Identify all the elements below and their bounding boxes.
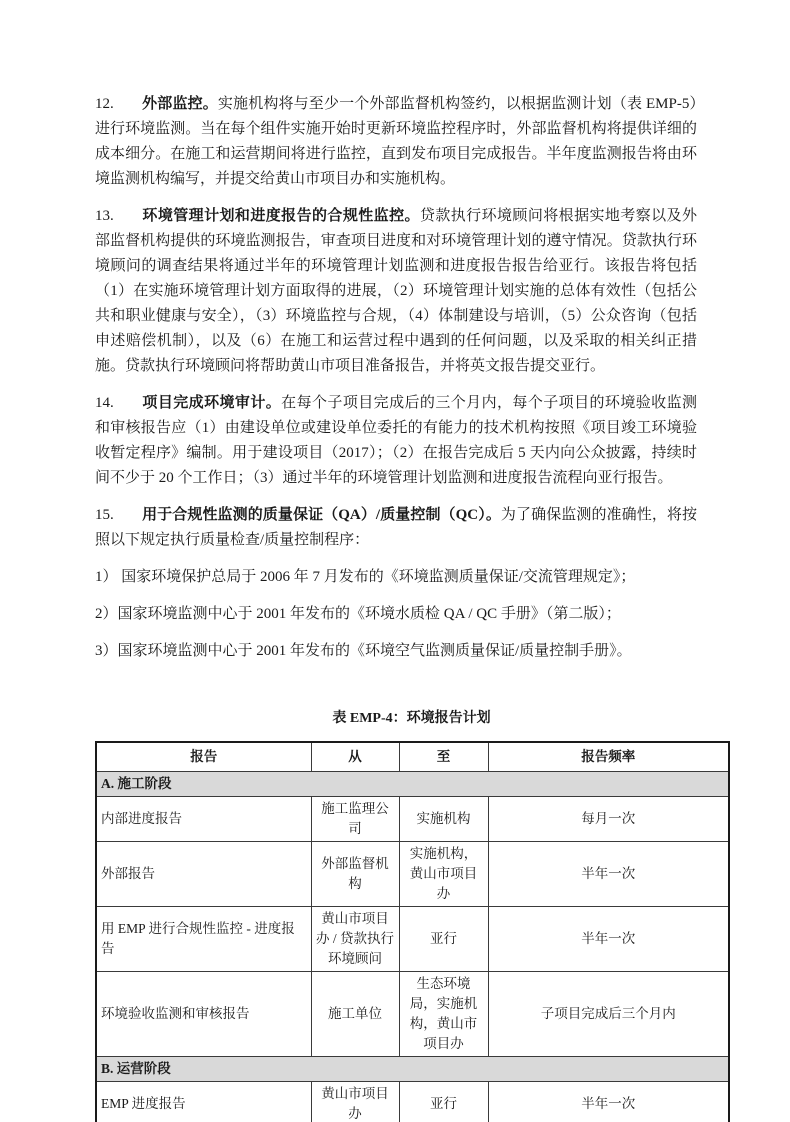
- paragraph-heading: 用于合规性监测的质量保证（QA）/质量控制（QC）。: [142, 507, 501, 523]
- paragraph-number: 14.: [95, 391, 142, 416]
- cell-from: 施工监理公司: [311, 797, 399, 842]
- paragraph-number: 13.: [95, 204, 142, 229]
- section-label: A. 施工阶段: [96, 772, 729, 797]
- cell-from: 外部监督机构: [311, 842, 399, 907]
- paragraph-heading: 环境管理计划和进度报告的合规性监控。: [142, 208, 420, 224]
- cell-report: 外部报告: [96, 842, 311, 907]
- cell-frequency: 半年一次: [488, 842, 729, 907]
- paragraph-heading: 外部监控。: [142, 96, 218, 112]
- cell-report: 用 EMP 进行合规性监控 - 进度报告: [96, 907, 311, 972]
- header-cell-frequency: 报告频率: [488, 742, 729, 772]
- paragraph-body: 贷款执行环境顾问将根据实地考察以及外部监督机构提供的环境监测报告，审查项目进度和…: [95, 208, 697, 374]
- cell-frequency: 子项目完成后三个月内: [488, 972, 729, 1057]
- cell-to: 实施机构，黄山市项目办: [399, 842, 488, 907]
- cell-to: 亚行: [399, 907, 488, 972]
- cell-to: 实施机构: [399, 797, 488, 842]
- cell-frequency: 每月一次: [488, 797, 729, 842]
- header-cell-report: 报告: [96, 742, 311, 772]
- cell-report: EMP 进度报告: [96, 1082, 311, 1122]
- paragraph-number: 15.: [95, 503, 142, 528]
- paragraph-13: 13.环境管理计划和进度报告的合规性监控。贷款执行环境顾问将根据实地考察以及外部…: [95, 204, 697, 379]
- cell-frequency: 半年一次: [488, 907, 729, 972]
- paragraph-12: 12.外部监控。实施机构将与至少一个外部监督机构签约，以根据监测计划（表 EMP…: [95, 92, 697, 192]
- cell-to: 生态环境局，实施机构，黄山市项目办: [399, 972, 488, 1057]
- paragraph-14: 14.项目完成环境审计。在每个子项目完成后的三个月内，每个子项目的环境验收监测和…: [95, 391, 697, 491]
- section-row-construction: A. 施工阶段: [96, 772, 729, 797]
- list-item-2: 2）国家环境监测中心于 2001 年发布的《环境水质检 QA / QC 手册》（…: [95, 602, 697, 627]
- document-page: 12.外部监控。实施机构将与至少一个外部监督机构签约，以根据监测计划（表 EMP…: [0, 0, 790, 1122]
- list-item-3: 3）国家环境监测中心于 2001 年发布的《环境空气监测质量保证/质量控制手册》…: [95, 639, 697, 664]
- cell-from: 黄山市项目办: [311, 1082, 399, 1122]
- table-row: 外部报告 外部监督机构 实施机构，黄山市项目办 半年一次: [96, 842, 729, 907]
- environment-report-plan-table: 报告 从 至 报告频率 A. 施工阶段 内部进度报告 施工监理公司 实施机构 每…: [95, 741, 730, 1122]
- paragraph-15: 15.用于合规性监测的质量保证（QA）/质量控制（QC）。为了确保监测的准确性，…: [95, 503, 697, 553]
- table-row: 环境验收监测和审核报告 施工单位 生态环境局，实施机构，黄山市项目办 子项目完成…: [96, 972, 729, 1057]
- paragraph-number: 12.: [95, 92, 142, 117]
- table-title: 表 EMP-4：环境报告计划: [95, 710, 728, 728]
- paragraph-heading: 项目完成环境审计。: [142, 395, 281, 411]
- cell-to: 亚行: [399, 1082, 488, 1122]
- section-row-operation: B. 运营阶段: [96, 1057, 729, 1082]
- header-cell-to: 至: [399, 742, 488, 772]
- section-label: B. 运营阶段: [96, 1057, 729, 1082]
- list-item-1: 1） 国家环境保护总局于 2006 年 7 月发布的《环境监测质量保证/交流管理…: [95, 565, 697, 590]
- header-cell-from: 从: [311, 742, 399, 772]
- table-row: 用 EMP 进行合规性监控 - 进度报告 黄山市项目办 / 贷款执行环境顾问 亚…: [96, 907, 729, 972]
- cell-report: 内部进度报告: [96, 797, 311, 842]
- body-text: 12.外部监控。实施机构将与至少一个外部监督机构签约，以根据监测计划（表 EMP…: [95, 92, 697, 664]
- cell-frequency: 半年一次: [488, 1082, 729, 1122]
- table-row: EMP 进度报告 黄山市项目办 亚行 半年一次: [96, 1082, 729, 1122]
- table-header-row: 报告 从 至 报告频率: [96, 742, 729, 772]
- cell-from: 黄山市项目办 / 贷款执行环境顾问: [311, 907, 399, 972]
- cell-from: 施工单位: [311, 972, 399, 1057]
- cell-report: 环境验收监测和审核报告: [96, 972, 311, 1057]
- table-row: 内部进度报告 施工监理公司 实施机构 每月一次: [96, 797, 729, 842]
